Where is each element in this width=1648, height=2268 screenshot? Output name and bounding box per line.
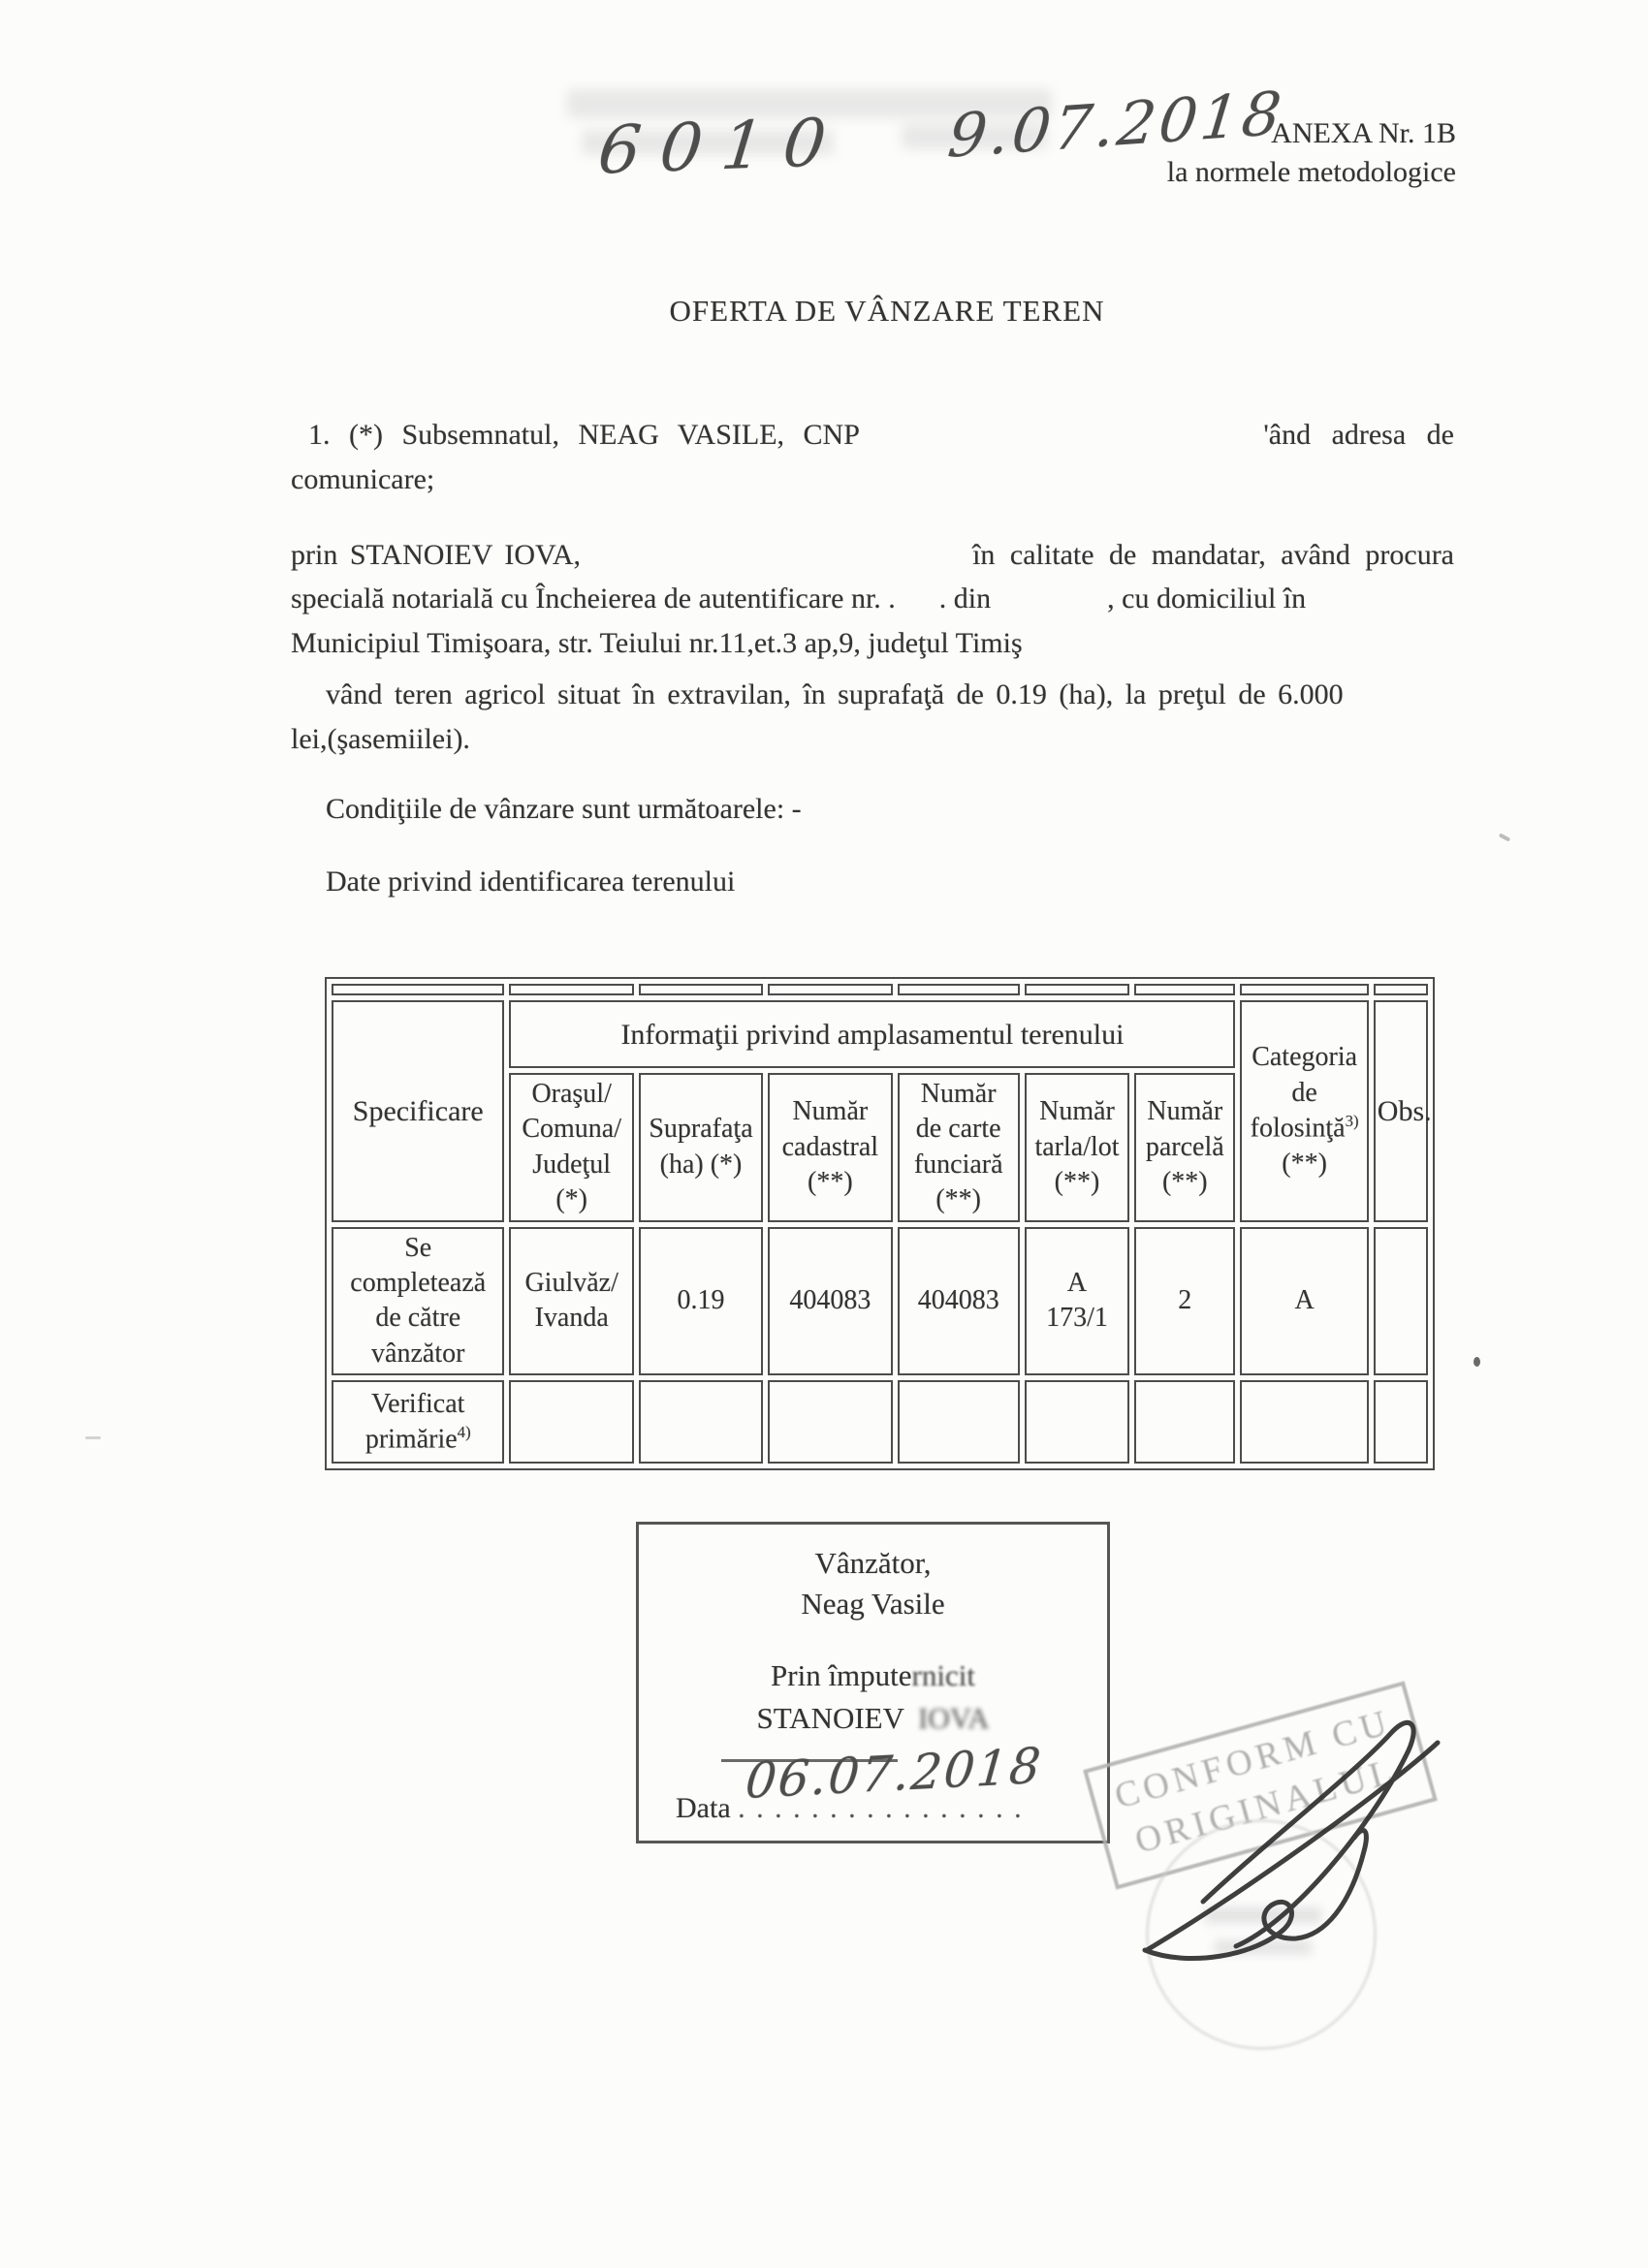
- sale-line-2: lei,(şasemiilei).: [291, 723, 1454, 756]
- table-strip-cell: [639, 984, 763, 995]
- proxy-name-clear: STANOIEV: [756, 1701, 904, 1735]
- col-header-categoria-text: Categoria de folosinţă: [1251, 1042, 1357, 1143]
- cell-empty: [1025, 1380, 1129, 1464]
- table-strip-cell: [1374, 984, 1428, 995]
- handwritten-signature: [1110, 1696, 1478, 2016]
- cell-empty: [898, 1380, 1020, 1464]
- cell-categoria-value: A: [1240, 1227, 1368, 1376]
- cell-parcela-value: 2: [1134, 1227, 1235, 1376]
- col-header-categoria-footnote: 3): [1346, 1112, 1359, 1130]
- cell-empty: [768, 1380, 892, 1464]
- proxy-label-clear: Prin împute: [771, 1658, 912, 1692]
- cell-obs-value: [1374, 1227, 1428, 1376]
- proxy-label-smudged: rnicit: [912, 1658, 975, 1692]
- document-title: OFERTA DE VÂNZARE TEREN: [310, 294, 1464, 329]
- proxy-name-smudged: IOVA: [918, 1701, 990, 1735]
- cell-empty: [639, 1380, 763, 1464]
- col-header-suprafata: Suprafaţa (ha) (*): [639, 1073, 763, 1222]
- annex-reference-subtitle: la normele metodologice: [1115, 153, 1456, 192]
- proxy-label: Prin împuternicit: [639, 1658, 1107, 1693]
- cell-empty: [1374, 1380, 1428, 1464]
- ink-speck: [1474, 1357, 1480, 1367]
- cell-oras-value: Giulvăz/ Ivanda: [509, 1227, 633, 1376]
- proxy-name: STANOIEVIOVA: [639, 1701, 1107, 1736]
- col-group-header-amplasament: Informaţii privind amplasamentul terenul…: [509, 1000, 1235, 1068]
- mandate-line-1-left: prin STANOIEV IOVA,: [291, 539, 581, 572]
- col-header-categoria-note: (**): [1244, 1147, 1364, 1181]
- land-id-heading: Date privind identificarea terenului: [291, 866, 1454, 898]
- table-strip-cell: [332, 984, 504, 995]
- cell-carte-value: 404083: [898, 1227, 1020, 1376]
- sale-line-1: vând teren agricol situat în extravilan,…: [291, 678, 1454, 711]
- intro-line-2: comunicare;: [291, 463, 1454, 496]
- mandate-line-1-right: în calitate de mandatar, având procura: [972, 539, 1454, 572]
- table-strip-cell: [768, 984, 892, 995]
- row-label-verificat-footnote: 4): [458, 1423, 471, 1441]
- col-header-categoria: Categoria de folosinţă3)(**): [1240, 1000, 1368, 1222]
- cell-tarla-value: A 173/1: [1025, 1227, 1129, 1376]
- intro-line-1: 1. (*) Subsemnatul, NEAG VASILE, CNP 'ân…: [291, 419, 1454, 452]
- seller-name: Neag Vasile: [639, 1587, 1107, 1622]
- table-strip-cell: [1134, 984, 1235, 995]
- cell-cadastral-value: 404083: [768, 1227, 892, 1376]
- table-strip-cell: [898, 984, 1020, 995]
- col-header-cadastral: Număr cadastral (**): [768, 1073, 892, 1222]
- seller-data-row: Se completează de către vânzător Giulvăz…: [332, 1227, 1428, 1376]
- scanned-page: 6010 9.07.2018 ANEXA Nr. 1B la normele m…: [0, 0, 1648, 2268]
- land-identification-table: Specificare Informaţii privind amplasame…: [325, 977, 1435, 1470]
- intro-line-1-right: 'ând adresa de: [1263, 419, 1454, 452]
- col-header-parcela: Număr parcelă (**): [1134, 1073, 1235, 1222]
- col-header-oras: Oraşul/ Comuna/ Judeţul (*): [509, 1073, 633, 1222]
- registration-number-handwritten: 6010: [594, 105, 848, 190]
- table-strip-cell: [1240, 984, 1368, 995]
- col-header-obs: Obs.: [1374, 1000, 1428, 1222]
- col-header-specificare: Specificare: [332, 1000, 504, 1222]
- mandate-line-3: Municipiul Timişoara, str. Teiului nr.11…: [291, 627, 1454, 660]
- mandate-line-1: prin STANOIEV IOVA, în calitate de manda…: [291, 539, 1454, 572]
- row-label-verificat-text: Verificat primărie: [365, 1389, 465, 1455]
- cell-empty: [1240, 1380, 1368, 1464]
- cell-suprafata-value: 0.19: [639, 1227, 763, 1376]
- signature-box: Vânzător, Neag Vasile Prin împuternicit …: [636, 1522, 1110, 1843]
- col-header-tarla: Număr tarla/lot (**): [1025, 1073, 1129, 1222]
- seller-label: Vânzător,: [639, 1546, 1107, 1581]
- conditions-line: Condiţiile de vânzare sunt următoarele: …: [291, 793, 1454, 826]
- cell-empty: [1134, 1380, 1235, 1464]
- mandate-line-2: specială notarială cu Încheierea de aute…: [291, 583, 1454, 615]
- annex-reference: ANEXA Nr. 1B: [1115, 114, 1456, 153]
- ink-speck: [85, 1436, 101, 1439]
- verification-row: Verificat primărie4): [332, 1380, 1428, 1464]
- ink-speck: [1499, 833, 1510, 841]
- table-strip-cell: [509, 984, 633, 995]
- row-label-seller: Se completează de către vânzător: [332, 1227, 504, 1376]
- table-strip-row: [332, 984, 1428, 995]
- col-header-carte-funciara: Număr de carte funciară (**): [898, 1073, 1020, 1222]
- cell-empty: [509, 1380, 633, 1464]
- intro-line-1-left: 1. (*) Subsemnatul, NEAG VASILE, CNP: [308, 419, 860, 452]
- date-label: Data: [676, 1792, 731, 1824]
- row-label-verificat: Verificat primărie4): [332, 1380, 504, 1464]
- table-strip-cell: [1025, 984, 1129, 995]
